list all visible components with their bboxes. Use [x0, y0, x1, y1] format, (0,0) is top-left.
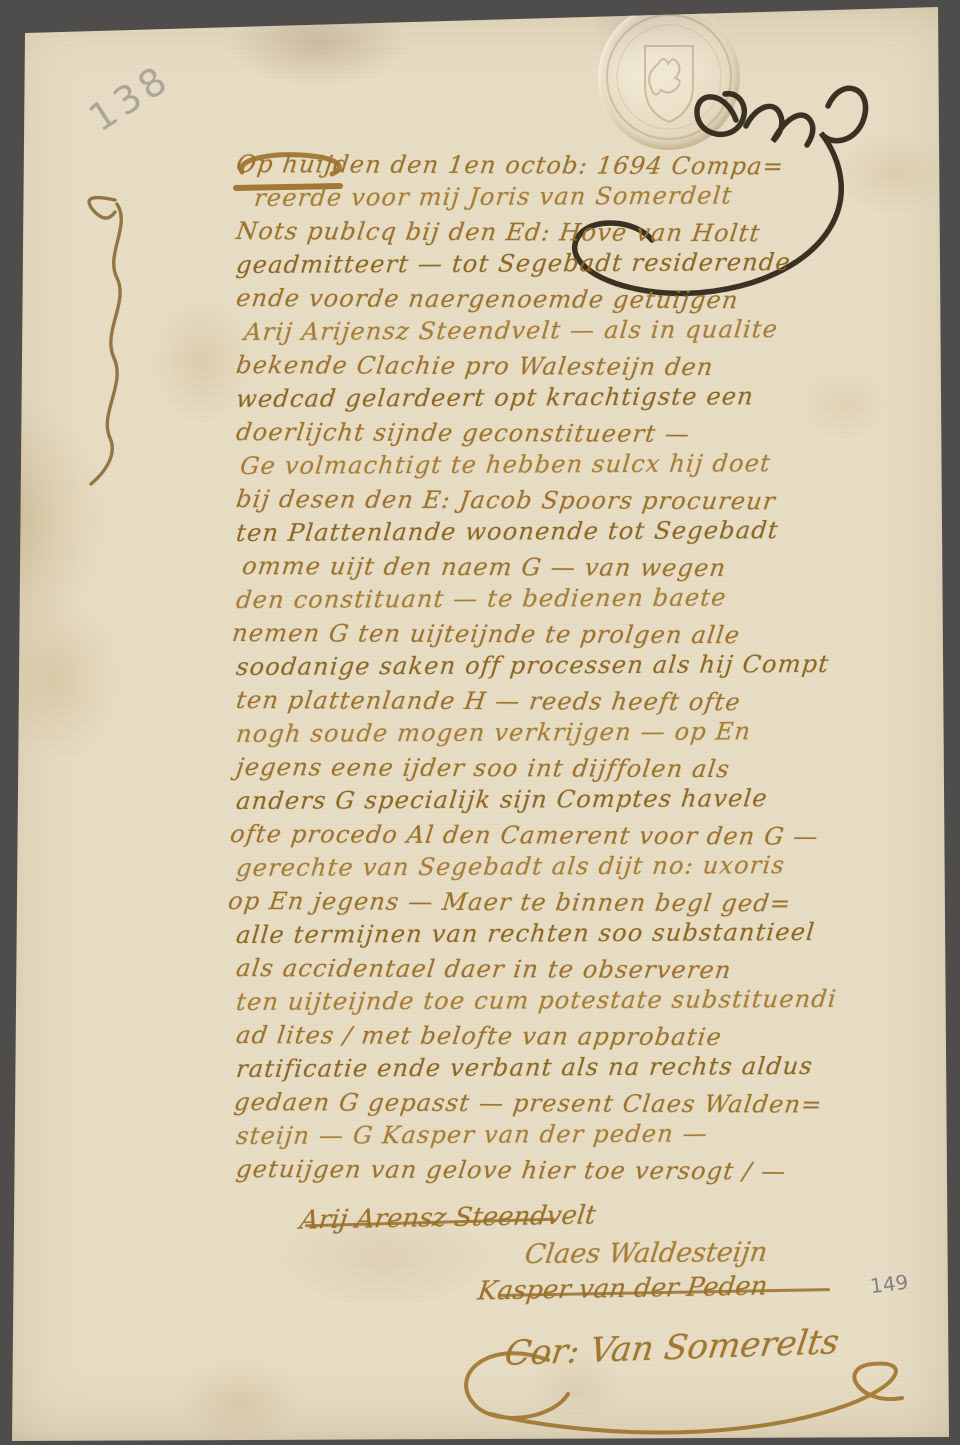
- manuscript-page: Rug 138 149 Op huijden den 1en octob: 16…: [0, 0, 960, 1445]
- manuscript-line: ten uijteijnde toe cum potestate substit…: [234, 984, 938, 1021]
- manuscript-line: ratificatie ende verbant als na rechts a…: [234, 1051, 938, 1088]
- manuscript-line: soodanige saken off processen als hij Co…: [234, 649, 938, 686]
- manuscript-line: anders G specialijk sijn Comptes havele: [234, 783, 938, 820]
- manuscript-line: reerde voor mij Joris van Somerdelt: [252, 180, 938, 217]
- seal-crest-icon: [598, 4, 740, 150]
- manuscript-text-block: Op huijden den 1en octob: 1694 Compa= re…: [236, 150, 936, 1189]
- manuscript-line: steijn — G Kasper van der peden —: [234, 1118, 938, 1155]
- manuscript-line: den constituant — te bedienen baete: [234, 582, 938, 619]
- manuscript-line: wedcad gelardeert opt krachtigste een: [234, 381, 938, 418]
- pencil-folio-number-top: 138: [81, 56, 178, 141]
- manuscript-line: gerechte van Segebadt als dijt no: uxori…: [234, 850, 938, 887]
- manuscript-line: alle termijnen van rechten soo substanti…: [234, 917, 938, 954]
- notary-signature: Cor: Van Somerelts: [502, 1322, 841, 1374]
- manuscript-line: ten Plattenlande woonende tot Segebadt: [234, 515, 938, 552]
- manuscript-line: geadmitteert — tot Segebadt residerende: [234, 247, 938, 284]
- manuscript-line: getuijgen van gelove hier toe versogt / …: [234, 1155, 938, 1192]
- manuscript-line: Ge volmachtigt te hebben sulcx hij doet: [238, 448, 938, 485]
- embossed-seal: [598, 4, 740, 150]
- witness-signature-2: Claes Waldesteijn: [523, 1237, 769, 1270]
- pencil-folio-number-right: 149: [869, 1270, 910, 1298]
- manuscript-line: nogh soude mogen verkrijgen — op En: [234, 716, 938, 753]
- scan-backdrop: Rug 138 149 Op huijden den 1en octob: 16…: [0, 0, 960, 1445]
- manuscript-line: Arij Arijensz Steendvelt — als in qualit…: [242, 314, 938, 351]
- margin-flourish-icon: [45, 182, 155, 492]
